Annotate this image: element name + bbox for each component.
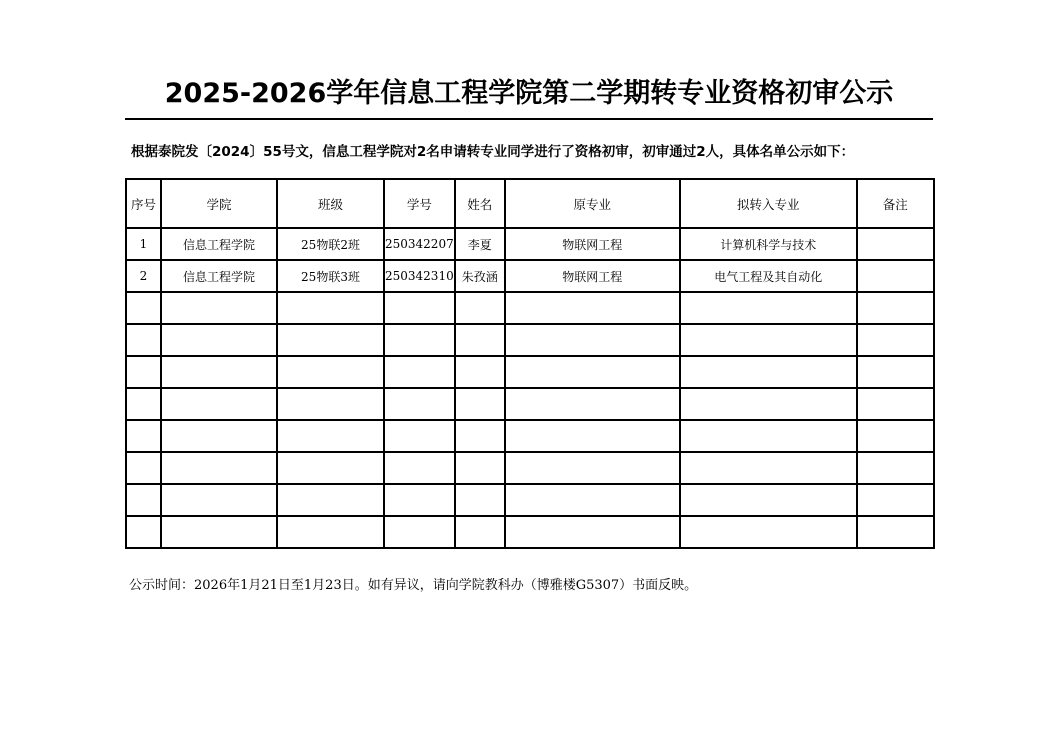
cell-empty [505,452,680,484]
cell-empty [161,292,277,324]
cell-empty [680,516,857,548]
cell-empty [680,388,857,420]
cell-empty [857,484,934,516]
table-row-empty [126,484,934,516]
cell-student-id: 250342310 [384,260,455,292]
cell-empty [277,484,384,516]
cell-empty [161,324,277,356]
cell-empty [680,484,857,516]
table-header-row: 序号 学院 班级 学号 姓名 原专业 拟转入专业 备注 [126,179,934,228]
header-college: 学院 [161,179,277,228]
cell-empty [277,452,384,484]
cell-empty [384,420,455,452]
cell-empty [126,452,161,484]
cell-empty [857,356,934,388]
cell-name: 李夏 [455,228,505,260]
cell-empty [126,516,161,548]
cell-empty [680,356,857,388]
table-row-empty [126,516,934,548]
header-target-major: 拟转入专业 [680,179,857,228]
header-index: 序号 [126,179,161,228]
intro-paragraph: 根据泰院发〔2024〕55号文，信息工程学院对2名申请转专业同学进行了资格初审，… [131,141,941,163]
cell-empty [857,516,934,548]
cell-index: 1 [126,228,161,260]
cell-empty [857,292,934,324]
cell-empty [161,484,277,516]
header-original-major: 原专业 [505,179,680,228]
cell-empty [455,420,505,452]
cell-original-major: 物联网工程 [505,228,680,260]
cell-empty [277,324,384,356]
cell-empty [277,356,384,388]
cell-empty [384,452,455,484]
cell-empty [161,356,277,388]
header-name: 姓名 [455,179,505,228]
cell-empty [455,484,505,516]
header-remarks: 备注 [857,179,934,228]
cell-college: 信息工程学院 [161,228,277,260]
cell-empty [126,356,161,388]
cell-class: 25物联2班 [277,228,384,260]
cell-empty [505,388,680,420]
table-row-empty [126,356,934,388]
publicity-period-note: 公示时间：2026年1月21日至1月23日。如有异议，请向学院教科办（博雅楼G5… [129,576,929,596]
cell-class: 25物联3班 [277,260,384,292]
header-class: 班级 [277,179,384,228]
cell-empty [384,484,455,516]
cell-empty [505,356,680,388]
cell-empty [277,516,384,548]
cell-empty [857,452,934,484]
cell-empty [455,452,505,484]
title-divider [125,118,933,120]
cell-empty [161,388,277,420]
table-row: 2 信息工程学院 25物联3班 250342310 朱孜涵 物联网工程 电气工程… [126,260,934,292]
table-row-empty [126,324,934,356]
cell-empty [857,388,934,420]
cell-name: 朱孜涵 [455,260,505,292]
cell-empty [126,324,161,356]
table-row-empty [126,292,934,324]
cell-original-major: 物联网工程 [505,260,680,292]
cell-empty [857,420,934,452]
cell-empty [277,388,384,420]
cell-empty [384,356,455,388]
cell-target-major: 电气工程及其自动化 [680,260,857,292]
cell-empty [277,292,384,324]
transfer-roster-table: 序号 学院 班级 学号 姓名 原专业 拟转入专业 备注 1 信息工程学院 25物… [125,178,935,549]
cell-empty [161,516,277,548]
header-student-id: 学号 [384,179,455,228]
cell-empty [680,324,857,356]
cell-empty [384,516,455,548]
cell-empty [857,324,934,356]
cell-empty [455,324,505,356]
cell-empty [455,516,505,548]
cell-empty [505,484,680,516]
cell-empty [455,292,505,324]
cell-empty [384,324,455,356]
cell-empty [277,420,384,452]
cell-empty [505,420,680,452]
cell-college: 信息工程学院 [161,260,277,292]
table-row: 1 信息工程学院 25物联2班 250342207 李夏 物联网工程 计算机科学… [126,228,934,260]
cell-empty [505,324,680,356]
page-title: 2025-2026学年信息工程学院第二学期转专业资格初审公示 [125,72,933,116]
cell-empty [161,452,277,484]
cell-empty [126,292,161,324]
cell-empty [126,420,161,452]
cell-remarks [857,228,934,260]
cell-empty [505,292,680,324]
cell-empty [161,420,277,452]
cell-index: 2 [126,260,161,292]
cell-empty [680,452,857,484]
cell-empty [126,484,161,516]
cell-empty [455,356,505,388]
cell-empty [680,292,857,324]
cell-student-id: 250342207 [384,228,455,260]
table-row-empty [126,388,934,420]
table-row-empty [126,452,934,484]
table-row-empty [126,420,934,452]
cell-empty [505,516,680,548]
cell-empty [455,388,505,420]
cell-empty [680,420,857,452]
cell-remarks [857,260,934,292]
cell-empty [384,388,455,420]
cell-empty [384,292,455,324]
cell-target-major: 计算机科学与技术 [680,228,857,260]
cell-empty [126,388,161,420]
